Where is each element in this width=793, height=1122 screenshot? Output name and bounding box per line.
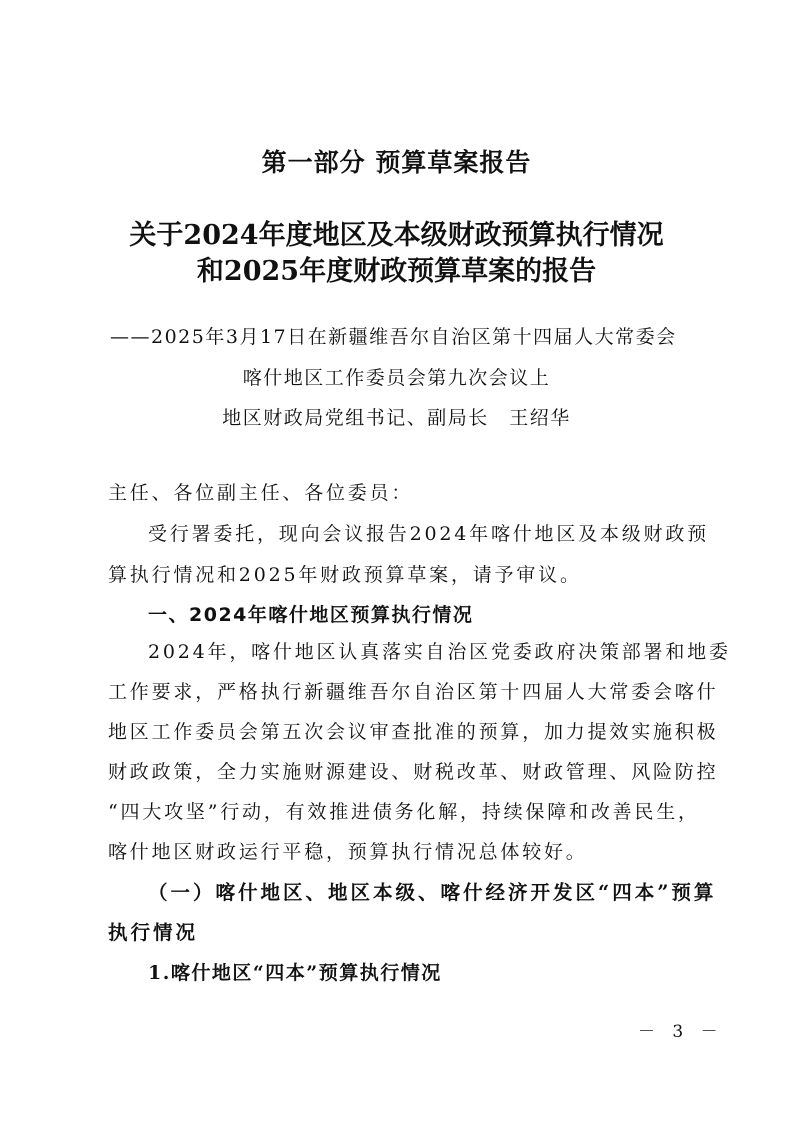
main-title-line-2: 和2025年度财政预算草案的报告 [0, 249, 793, 288]
subtitle-line-1: ——2025年3月17日在新疆维吾尔自治区第十四届人大常委会 [110, 322, 677, 349]
section-1-heading: 一、2024年喀什地区预算执行情况 [148, 600, 738, 627]
section-1-line-6: 喀什地区财政运行平稳，预算执行情况总体较好。 [108, 837, 698, 864]
section-1-line-4: 财政政策，全力实施财源建设、财税改革、财政管理、风险防控 [108, 757, 698, 784]
main-title-line-1: 关于2024年度地区及本级财政预算执行情况 [0, 213, 793, 252]
subsubsection-heading: 1.喀什地区“四本”预算执行情况 [148, 958, 738, 985]
section-1-line-2: 工作要求，严格执行新疆维吾尔自治区第十四届人大常委会喀什 [108, 677, 698, 704]
section-1-line-5: “四大攻坚”行动，有效推进债务化解，持续保障和改善民生， [108, 797, 698, 824]
section-1-line-1: 2024年，喀什地区认真落实自治区党委政府决策部署和地委 [148, 637, 738, 664]
subtitle-line-2: 喀什地区工作委员会第九次会议上 [0, 363, 793, 390]
subtitle-line-3: 地区财政局党组书记、副局长 王绍华 [0, 403, 793, 430]
section-1-line-3: 地区工作委员会第五次会议审查批准的预算，加力提效实施积极 [108, 717, 698, 744]
salutation: 主任、各位副主任、各位委员： [108, 478, 698, 505]
subsection-heading-line-2: 执行情况 [108, 917, 698, 945]
subsection-heading-line-1: （一）喀什地区、地区本级、喀什经济开发区“四本”预算 [148, 877, 738, 905]
page-number: － 3 － [638, 1017, 724, 1042]
part-title: 第一部分 预算草案报告 [0, 143, 793, 179]
intro-line-2: 算执行情况和2025年财政预算草案，请予审议。 [108, 560, 698, 587]
intro-line-1: 受行署委托，现向会议报告2024年喀什地区及本级财政预 [148, 519, 738, 546]
